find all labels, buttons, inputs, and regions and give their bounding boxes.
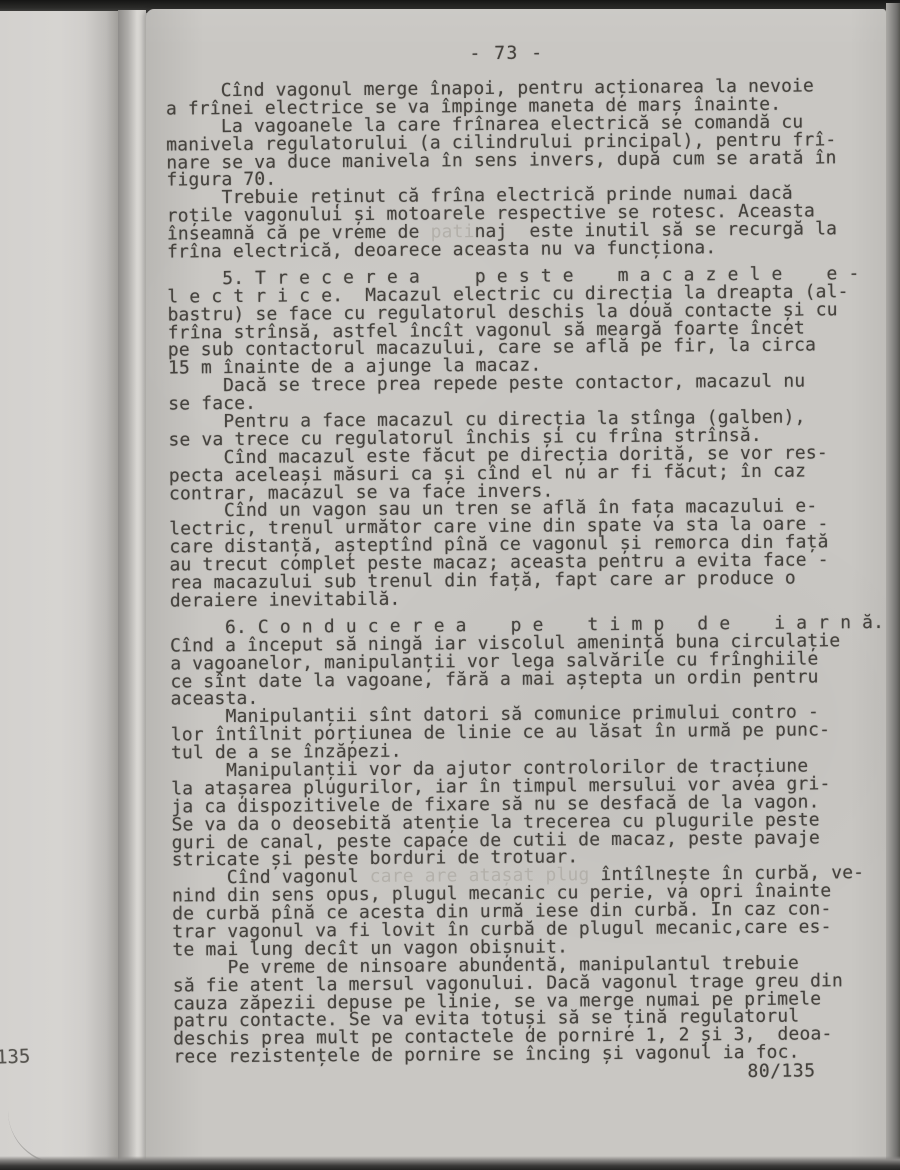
page-sheet: - 73 - Cînd vagonul merge înapoi, pentru… — [146, 9, 886, 1162]
paragraph: Manipulanții sînt datori să comunice pri… — [171, 703, 871, 762]
paragraph: Manipulanții vor da ajutor controlorilor… — [171, 757, 872, 870]
paragraph: Cînd macazul este făcut pe direcția dori… — [169, 444, 869, 503]
footer-page-indicator: 80/135 — [747, 1060, 815, 1082]
book-bottom-edge — [0, 1156, 900, 1170]
text-block: Cînd vagonul merge înapoi, pentru acțion… — [166, 77, 874, 1067]
paragraph: Trebuie reținut că frîna electrică prind… — [167, 184, 868, 261]
typewritten-layer: - 73 - Cînd vagonul merge înapoi, pentru… — [141, 4, 890, 1163]
paragraph: La vagoanele la care frînarea electrică … — [166, 113, 867, 190]
paragraph: 5. T r e c e r e a p e s t e m a c a z e… — [167, 265, 868, 378]
left-page-stack — [0, 11, 118, 1161]
paragraph: Pe vreme de ninsoare abundentă, manipula… — [173, 954, 874, 1067]
book-right-edge — [886, 3, 900, 1170]
text-line: frîna electrică, deoarece aceasta nu va … — [167, 238, 867, 261]
scanned-book-photo: { "document": { "page_number": "- 73 -",… — [0, 0, 900, 1170]
page-number: - 73 - — [469, 43, 543, 65]
paragraph: Cînd vagonul care are atașat plug întîln… — [172, 864, 873, 959]
paragraph: 6. C o n d u c e r e a p e t i m p d e i… — [170, 614, 871, 709]
text-line: ce sînt date la vagoane, fără a mai aște… — [170, 668, 870, 691]
paragraph: Cînd un vagon sau un tren se află în faț… — [169, 498, 870, 611]
margin-page-number: 135 — [0, 1045, 31, 1068]
